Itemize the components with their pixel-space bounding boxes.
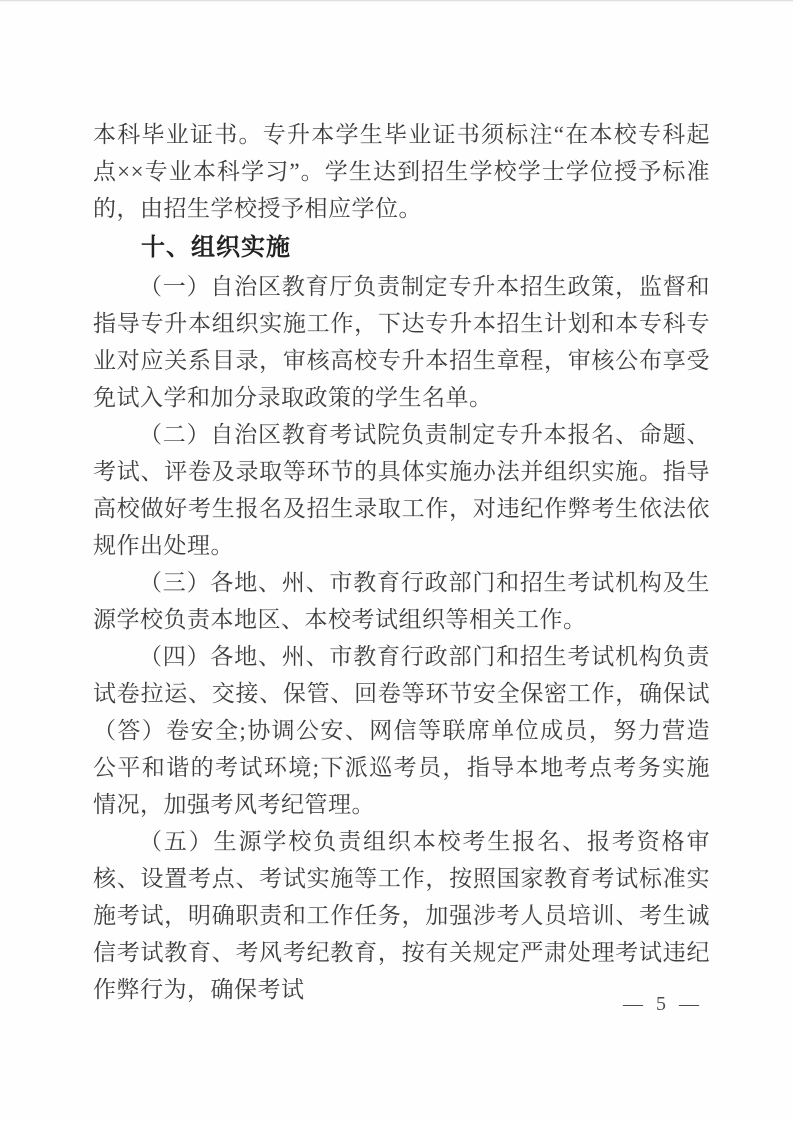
document-body: 本科毕业证书。专升本学生毕业证书须标注“在本校专科起点××专业本科学习”。学生达… (93, 116, 710, 1008)
paragraph-continued-from-previous-page: 本科毕业证书。专升本学生毕业证书须标注“在本校专科起点××专业本科学习”。学生达… (93, 116, 710, 227)
paragraph-item-3: （三）各地、州、市教育行政部门和招生考试机构及生源学校负责本地区、本校考试组织等… (93, 564, 710, 638)
scanned-document-page: 本科毕业证书。专升本学生毕业证书须标注“在本校专科起点××专业本科学习”。学生达… (0, 0, 793, 1121)
section-heading: 十、组织实施 (93, 229, 710, 267)
paragraph-item-5: （五）生源学校负责组织本校考生报名、报考资格审核、设置考点、考试实施等工作，按照… (93, 823, 710, 1008)
paragraph-item-2: （二）自治区教育考试院负责制定专升本报名、命题、考试、评卷及录取等环节的具体实施… (93, 416, 710, 564)
paragraph-item-4: （四）各地、州、市教育行政部门和招生考试机构负责试卷拉运、交接、保管、回卷等环节… (93, 638, 710, 823)
paragraph-item-1: （一）自治区教育厅负责制定专升本招生政策，监督和指导专升本组织实施工作，下达专升… (93, 268, 710, 416)
page-number: — 5 — (623, 993, 703, 1016)
scan-top-edge-artifact (0, 0, 793, 2)
